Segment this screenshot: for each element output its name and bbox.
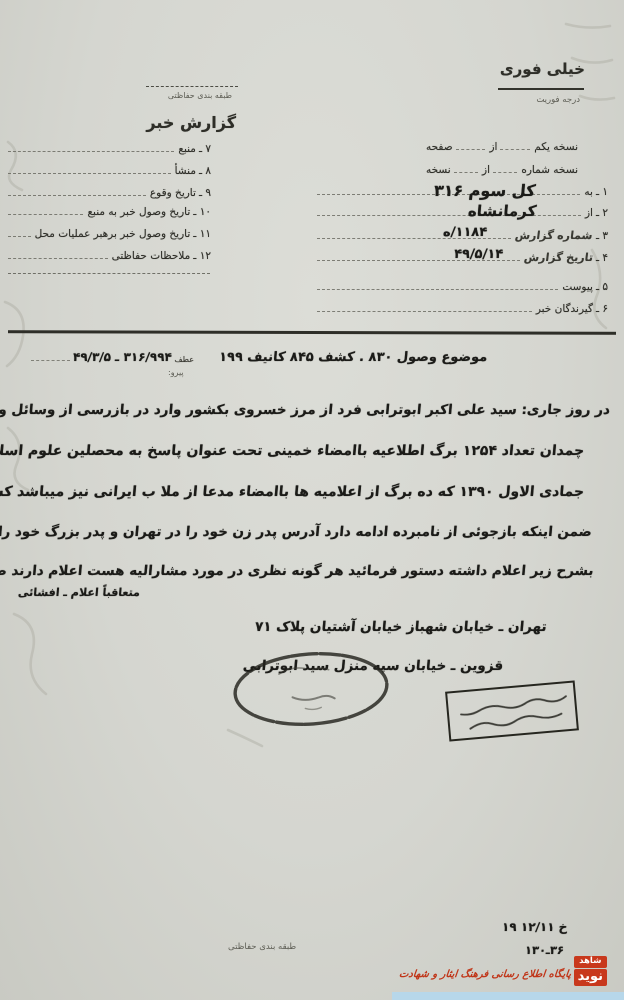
- field-origin: ۸ ـ منشأ: [5, 165, 211, 177]
- field-number: ۱۲ ـ: [193, 250, 211, 262]
- logo-word-bottom: نوید: [574, 969, 607, 986]
- urgency-degree-label: درجه فوریت: [536, 95, 580, 105]
- body-line: جمادی الاول ۱۳۹۰ که ده برگ از اعلامیه ها…: [0, 484, 585, 500]
- field-number: ۵ ـ: [596, 281, 608, 293]
- field-from: ۲ ـ از: [314, 207, 608, 219]
- field-occurrence-date: ۹ ـ تاریخ وقوع: [5, 187, 211, 199]
- field-number: ۱۰ ـ: [193, 206, 211, 218]
- atf-label: عطف: [174, 355, 194, 364]
- dotted-leader: [317, 311, 532, 312]
- field-source: ۷ ـ منبع: [5, 143, 211, 155]
- copy1-left-label: صفحه: [426, 141, 453, 153]
- field-number: ۶ ـ: [596, 303, 608, 315]
- scanned-report-page: خیلی فوری درجه فوریت طبقه بندی حفاظتی گز…: [0, 0, 624, 1000]
- reference-atf-row: عطف ۳۱۶/۹۹۴ ـ ۴۹/۳/۵: [28, 350, 194, 364]
- dotted-leader: [8, 236, 31, 237]
- field-recipients: ۶ ـ گیرندگان خبر: [314, 303, 608, 315]
- field-label: تاریخ گزارش: [523, 251, 594, 264]
- peyro-label: پیرو:: [168, 368, 184, 377]
- field-number: ۲ ـ: [596, 207, 608, 219]
- copy1-right-label: نسخه یکم: [534, 141, 578, 153]
- field-number: ۷ ـ: [199, 143, 211, 155]
- copy1-mid-label: از: [489, 141, 497, 153]
- field-number: ۴ ـ: [596, 252, 608, 264]
- dotted-leader: [317, 215, 581, 216]
- field-label: پیوست: [562, 281, 593, 293]
- field-label: تاریخ وصول خبر برهبر عملیات محل: [35, 228, 191, 240]
- field-label: تاریخ وصول خبر به منبع: [87, 206, 190, 218]
- field-number: ۱ ـ: [596, 186, 608, 198]
- logo-blue-strip: [392, 992, 624, 1000]
- field-report-date-value: ۴۹/۵/۱۴: [453, 247, 503, 262]
- dotted-leader: [8, 214, 83, 215]
- dotted-leader: [454, 172, 478, 173]
- left-column-dashed-rule: [8, 273, 210, 274]
- dotted-leader: [456, 149, 486, 150]
- navid-shahed-logo: شاهد نوید: [574, 956, 607, 986]
- field-label: ملاحظات حفاظتی: [112, 250, 191, 262]
- field-security-remarks: ۱۲ ـ ملاحظات حفاظتی: [5, 250, 211, 262]
- field-number: ۳ ـ: [596, 230, 608, 242]
- dotted-leader: [500, 149, 530, 150]
- field-label: گیرندگان خبر: [536, 303, 593, 315]
- classification-overline: [146, 86, 238, 87]
- body-line: ضمن اینکه بازجوئی از نامبرده ادامه دارد …: [0, 524, 593, 540]
- field-attachment: ۵ ـ پیوست: [314, 281, 608, 293]
- dotted-leader: [8, 173, 171, 174]
- field-number: ۱۱ ـ: [193, 228, 211, 240]
- body-line: بشرح زیر اعلام داشته دستور فرمائید هر گو…: [0, 563, 595, 579]
- field-number: ۸ ـ: [199, 165, 211, 177]
- dotted-leader: [31, 360, 70, 361]
- dotted-leader: [317, 289, 558, 290]
- dotted-leader: [493, 172, 517, 173]
- field-label: منبع: [178, 143, 196, 155]
- subject-line: موضوع وصول ۸۳۰ . کشف ۸۴۵ کانیف ۱۹۹: [218, 350, 488, 365]
- copy2-mid-label: از: [482, 164, 490, 176]
- footer-handwritten-number: ۳۶ـ۱۳۰: [524, 943, 564, 957]
- urgency-label: خیلی فوری: [500, 60, 585, 78]
- field-label: از: [585, 207, 593, 219]
- address-tehran: تهران ـ خیابان شهباز خیابان آشتیان پلاک …: [255, 619, 548, 635]
- classification-bottom: طبقه بندی حفاظتی: [228, 942, 296, 952]
- report-title: گزارش خبر: [146, 113, 236, 132]
- oval-ink-stamp: [228, 646, 394, 732]
- rect-registry-stamp: [445, 680, 579, 741]
- copy-row-2: نسخه شماره از نسخه: [426, 164, 578, 176]
- copy-row-1: نسخه یکم از صفحه: [426, 141, 578, 153]
- copy2-left-label: نسخه: [426, 164, 451, 176]
- urgency-underline: [498, 88, 584, 90]
- footer-handwritten-ref: خ ۱۲/۱۱ ۱۹: [501, 920, 568, 934]
- body-line-signature: متعاقباً اعلام ـ افشائی: [17, 586, 140, 599]
- field-from-value: کرمانشاه: [467, 202, 537, 220]
- section-divider-rule: [8, 330, 616, 334]
- logo-tagline: پایگاه اطلاع رسانی فرهنگ ایثار و شهادت: [398, 969, 571, 980]
- field-number: ۹ ـ: [199, 187, 211, 199]
- copy2-right-label: نسخه شماره: [521, 164, 578, 176]
- body-line: در روز جاری: سید علی اکبر ابوترابی فرد ا…: [0, 402, 611, 418]
- dotted-leader: [8, 151, 174, 152]
- field-label: به: [584, 186, 593, 198]
- field-label: منشأ: [175, 165, 196, 177]
- logo-word-top: شاهد: [574, 956, 607, 968]
- field-report-number-value: ۱۱۸۴/ه: [442, 225, 487, 240]
- dotted-leader: [8, 258, 108, 259]
- field-received-by-ops-leader-date: ۱۱ ـ تاریخ وصول خبر برهبر عملیات محل: [5, 228, 211, 240]
- field-label: شماره گزارش: [515, 229, 594, 242]
- field-label: تاریخ وقوع: [150, 187, 196, 199]
- field-received-by-source-date: ۱۰ ـ تاریخ وصول خبر به منبع: [5, 206, 211, 218]
- body-line: چمدان تعداد ۱۲۵۴ برگ اطلاعیه باامضاء خمی…: [0, 443, 585, 459]
- field-to-value: کل سوم ۳۱۶: [434, 181, 537, 200]
- classification-top: طبقه بندی حفاظتی: [168, 91, 232, 100]
- dotted-leader: [8, 195, 146, 196]
- atf-value: ۳۱۶/۹۹۴ ـ ۴۹/۳/۵: [72, 350, 172, 364]
- stamp-handwriting-scribbles: [447, 683, 577, 740]
